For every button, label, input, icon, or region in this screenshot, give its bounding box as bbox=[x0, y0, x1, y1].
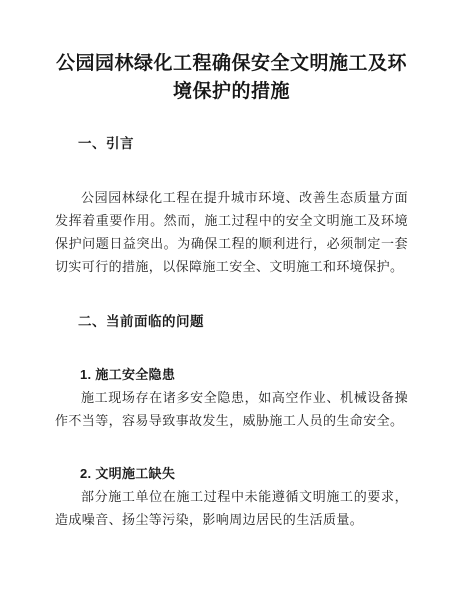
subsection-paragraph-safety: 施工现场存在诸多安全隐患，如高空作业、机械设备操作不当等，容易导致事故发生，威胁… bbox=[55, 386, 408, 432]
document-page: 公园园林绿化工程确保安全文明施工及环境保护的措施 一、引言 公园园林绿化工程在提… bbox=[0, 0, 463, 600]
spacer bbox=[55, 106, 408, 136]
document-title: 公园园林绿化工程确保安全文明施工及环境保护的措施 bbox=[55, 50, 408, 106]
spacer bbox=[55, 432, 408, 462]
subsection-paragraph-civilized: 部分施工单位在施工过程中未能遵循文明施工的要求，造成噪音、扬尘等污染，影响周边居… bbox=[55, 485, 408, 531]
spacer bbox=[55, 278, 408, 314]
intro-paragraph: 公园园林绿化工程在提升城市环境、改善生态质量方面发挥着重要作用。然而，施工过程中… bbox=[55, 186, 408, 278]
section-heading-intro: 一、引言 bbox=[78, 136, 408, 152]
spacer bbox=[55, 330, 408, 363]
spacer bbox=[55, 152, 408, 186]
section-heading-problems: 二、当前面临的问题 bbox=[78, 314, 408, 330]
subsection-civilized: 2. 文明施工缺失 部分施工单位在施工过程中未能遵循文明施工的要求，造成噪音、扬… bbox=[55, 462, 408, 531]
subsection-safety: 1. 施工安全隐患 施工现场存在诸多安全隐患，如高空作业、机械设备操作不当等，容… bbox=[55, 363, 408, 432]
subsection-heading-civilized: 2. 文明施工缺失 bbox=[80, 462, 408, 485]
subsection-heading-safety: 1. 施工安全隐患 bbox=[80, 363, 408, 386]
